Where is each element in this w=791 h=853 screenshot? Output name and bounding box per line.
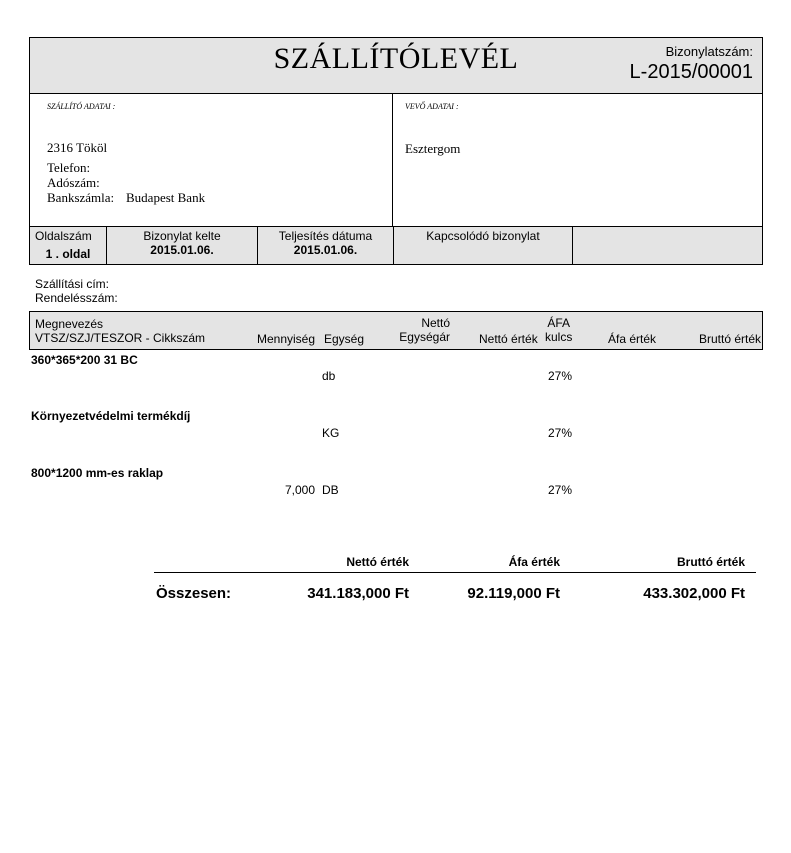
customer-address: Esztergom <box>405 141 460 156</box>
related-doc-label: Kapcsolódó bizonylat <box>394 229 572 243</box>
totals-net-label: Nettó érték <box>346 555 409 569</box>
totals-vat-value: 92.119,000 Ft <box>467 585 560 602</box>
item-vat-rate: 27% <box>548 426 572 440</box>
item-unit: KG <box>322 426 339 440</box>
item-quantity: 7,000 <box>285 483 315 497</box>
supplier-bank-label: Bankszámla: <box>47 190 114 205</box>
totals-divider <box>154 572 756 573</box>
related-doc-cell: Kapcsolódó bizonylat <box>394 227 573 264</box>
col-quantity-header: Mennyiség <box>257 332 315 346</box>
fulfillment-date-label: Teljesítés dátuma <box>258 229 393 243</box>
issue-date-value: 2015.01.06. <box>107 243 257 257</box>
item-vat-rate: 27% <box>548 483 572 497</box>
supplier-address: 2316 Tököl <box>47 140 107 155</box>
related-doc-value-cell <box>573 227 763 264</box>
supplier-section: SZÁLLÍTÓ ADATAI : 2316 Tököl Telefon: Ad… <box>30 94 393 226</box>
totals-label: Összesen: <box>156 585 231 602</box>
item-unit: db <box>322 369 335 383</box>
issue-date-cell: Bizonylat kelte 2015.01.06. <box>107 227 258 264</box>
col-name-header: Megnevezés VTSZ/SZJ/TESZOR - Cikkszám <box>35 317 205 345</box>
totals-gross-value: 433.302,000 Ft <box>643 585 745 602</box>
items-table-header: Megnevezés VTSZ/SZJ/TESZOR - Cikkszám Me… <box>29 311 763 350</box>
item-vat-rate: 27% <box>548 369 572 383</box>
issue-date-label: Bizonylat kelte <box>107 229 257 243</box>
page-number-value: 1 . oldal <box>30 247 106 261</box>
supplier-bank: Budapest Bank <box>126 190 205 205</box>
info-bar: Oldalszám 1 . oldal Bizonylat kelte 2015… <box>29 226 763 265</box>
col-gross-value-header: Bruttó érték <box>699 332 761 346</box>
col-net-value-header: Nettó érték <box>479 332 538 346</box>
customer-section: VEVŐ ADATAI : Esztergom <box>393 94 763 226</box>
totals-gross-label: Bruttó érték <box>677 555 745 569</box>
order-number-label: Rendelésszám: <box>35 291 118 305</box>
col-net-unit-price-header: Nettó Egységár <box>396 316 450 344</box>
doc-number: L-2015/00001 <box>630 61 753 84</box>
supplier-phone-label: Telefon: <box>47 160 90 175</box>
fulfillment-date-cell: Teljesítés dátuma 2015.01.06. <box>258 227 394 264</box>
supplier-tax-label: Adószám: <box>47 175 100 190</box>
doc-number-label: Bizonylatszám: <box>666 44 753 59</box>
supplier-section-label: SZÁLLÍTÓ ADATAI : <box>47 102 115 111</box>
fulfillment-date-value: 2015.01.06. <box>258 243 393 257</box>
customer-section-label: VEVŐ ADATAI : <box>405 102 459 111</box>
delivery-address-label: Szállítási cím: <box>35 277 109 291</box>
item-unit: DB <box>322 483 339 497</box>
col-unit-header: Egység <box>324 332 364 346</box>
document-header: SZÁLLÍTÓLEVÉL Bizonylatszám: L-2015/0000… <box>29 37 763 94</box>
page-number-label: Oldalszám <box>30 229 106 243</box>
col-vat-rate-header: ÁFA kulcs <box>545 316 572 344</box>
col-vat-value-header: Áfa érték <box>608 332 656 346</box>
parties-section: SZÁLLÍTÓ ADATAI : 2316 Tököl Telefon: Ad… <box>29 93 763 227</box>
item-name: 800*1200 mm-es raklap <box>31 466 163 480</box>
page-number-cell: Oldalszám 1 . oldal <box>30 227 107 264</box>
totals-vat-label: Áfa érték <box>509 555 560 569</box>
item-name: 360*365*200 31 BC <box>31 353 138 367</box>
item-name: Környezetvédelmi termékdíj <box>31 409 190 423</box>
totals-net-value: 341.183,000 Ft <box>307 585 409 602</box>
